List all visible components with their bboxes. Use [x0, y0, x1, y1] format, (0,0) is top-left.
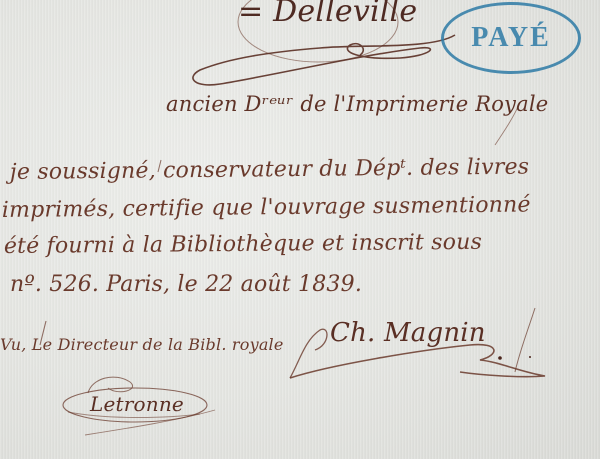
magnin-paraph	[290, 345, 545, 378]
body-line-3: été fourni à la Bibliothèque et inscrit …	[4, 230, 482, 259]
body-line-4: nº. 526. Paris, le 22 août 1839.	[10, 272, 362, 297]
header-line: ancien Dʳᵉᵘʳ de l'Imprimerie Royale	[166, 92, 548, 116]
top-signature: = Delleville	[238, 0, 417, 29]
signature-magnin: Ch. Magnin	[330, 318, 486, 348]
approval-line: Vu, Le Directeur de la Bibl. royale	[0, 335, 284, 354]
paid-stamp-text: PAYÉ	[471, 22, 551, 54]
paid-stamp: PAYÉ	[441, 2, 581, 74]
body-line-1: je soussigné, conservateur du Dépᵗ. des …	[10, 155, 530, 185]
top-flourish	[193, 35, 455, 85]
signature-letronne: Letronne	[90, 392, 184, 416]
body-line-2: imprimés, certifie que l'ouvrage susment…	[2, 192, 531, 223]
document-page: = Delleville PAYÉ ancien Dʳᵉᵘʳ de l'Impr…	[0, 0, 600, 459]
